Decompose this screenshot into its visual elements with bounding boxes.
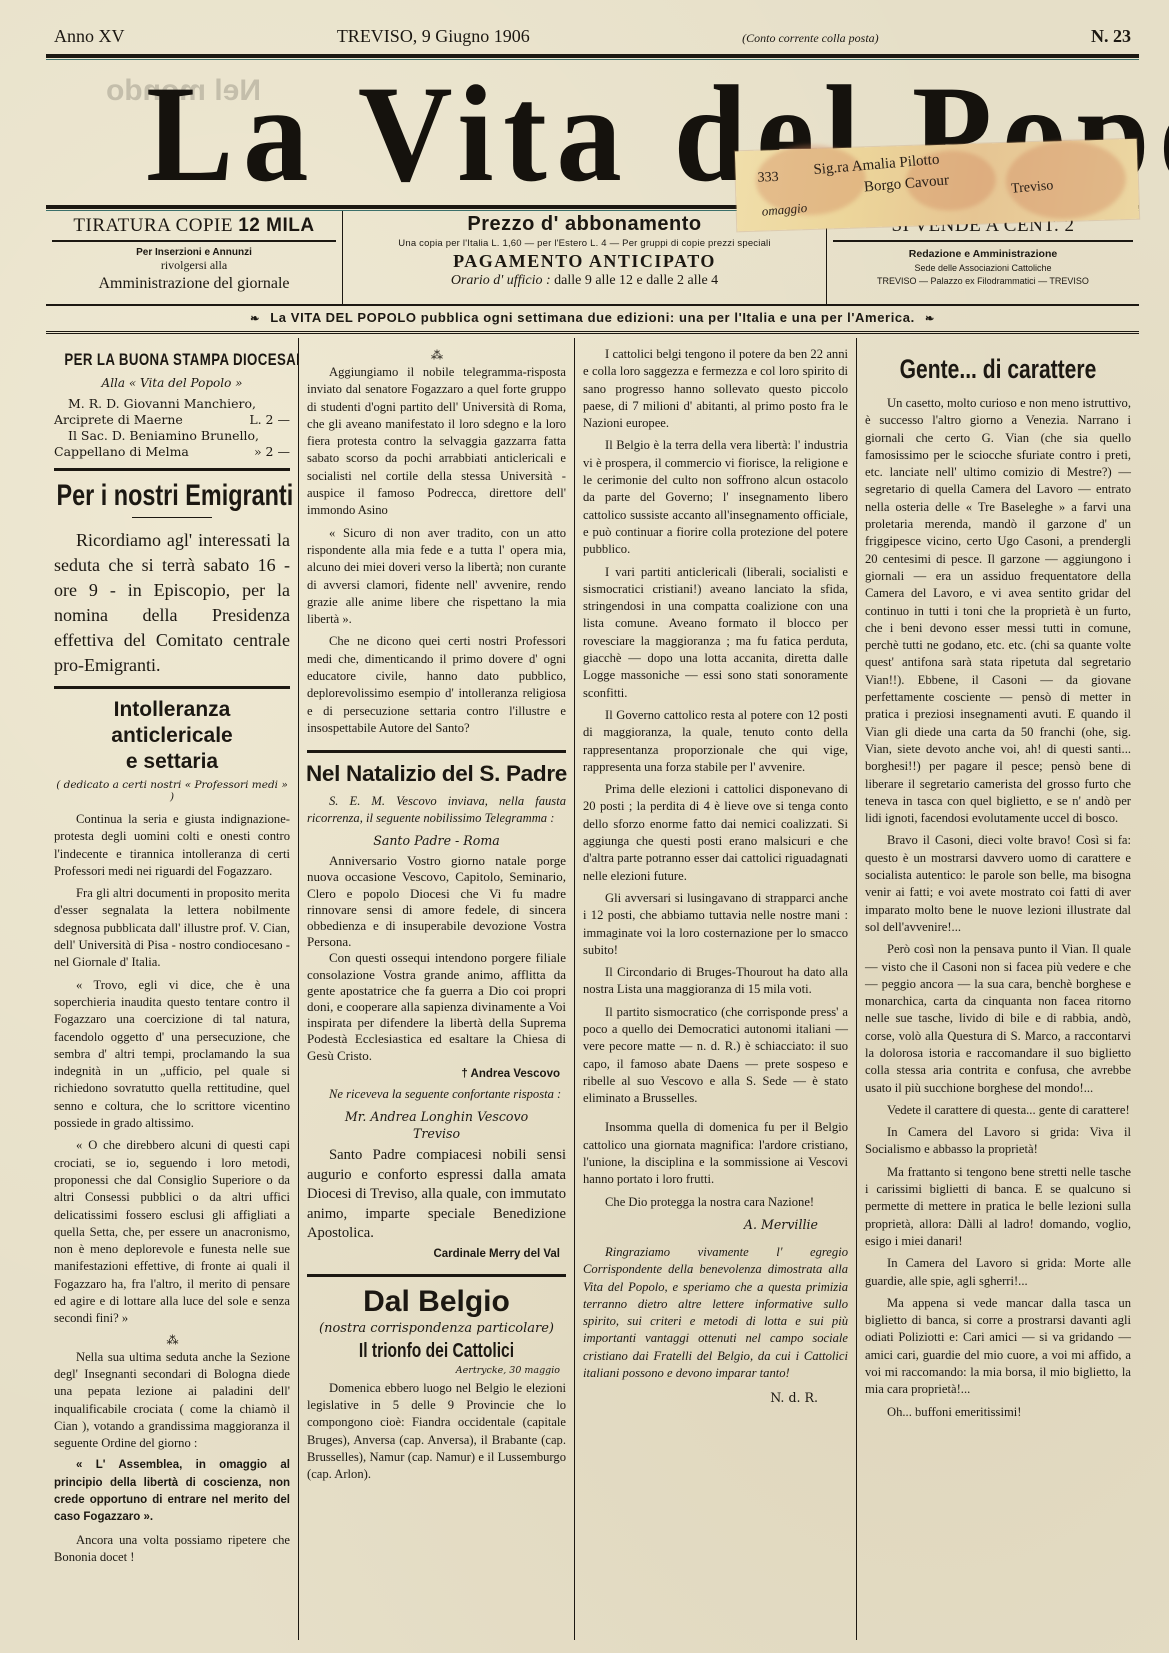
paragraph: Il Belgio è la terra della vera libertà:… [583,437,848,558]
paragraph: « Trovo, egli vi dice, che è una soperch… [54,977,290,1133]
paragraph: In Camera del Lavoro si grida: Morte all… [865,1255,1131,1290]
paragraph: Bravo il Casoni, dieci volte bravo! Così… [865,832,1131,936]
asterism-icon: ⁂ [307,348,566,362]
paragraph: Che Dio protegga la nostra cara Nazione! [583,1194,848,1211]
paragraph: Gli avversari si lusingavano di strappar… [583,890,848,959]
masthead: Nel mondo La Vita del Popolo 333 Sig.ra … [46,60,1139,205]
paragraph: Ma appena si vede mancar dalla tasca un … [865,1295,1131,1399]
telegram-text: Anniversario Vostro giorno natale porge … [307,853,566,950]
signature: A. Mervillie [583,1217,818,1232]
ads-line2: rivolgersi alla [52,258,336,273]
article-title: Intolleranza anticlericale e settaria [54,697,290,775]
label-number: 333 [757,170,778,187]
paragraph: Aggiungiamo il nobile telegramma-rispost… [307,364,566,520]
paragraph: Vedete il carattere di questa... gente d… [865,1102,1131,1119]
signature: † Andrea Vescovo [307,1068,560,1080]
intolleranza-section: Intolleranza anticlericale e settaria ( … [54,697,290,1579]
donor-name: M. R. D. Giovanni Manchiero, [54,396,290,412]
belgio-section: Dal Belgio (nostra corrispondenza partic… [307,1285,566,1497]
intro: S. E. M. Vescovo inviava, nella fausta r… [307,793,566,826]
editorial-office: Redazione e Amministrazione [833,248,1133,260]
prepayment-notice: PAGAMENTO ANTICIPATO [349,251,820,272]
paragraph: Domenica ebbero luogo nel Belgio le elez… [307,1380,566,1484]
paragraph: Oh... buffoni emeritissimi! [865,1404,1131,1421]
divider [132,517,212,518]
article-subtitle: (nostra corrispondenza particolare) [307,1321,566,1336]
column-4: Gente... di carattere Un casetto, molto … [856,338,1139,1640]
section-title: PER LA BUONA STAMPA DIOCESANA [64,350,279,370]
paragraph: I vari partiti anticlericali (liberali, … [583,564,848,702]
info-band: TIRATURA COPIE 12 MILA Per Inserzioni e … [46,211,1139,306]
paragraph: Insomma quella di domenica fu per il Bel… [583,1119,848,1188]
paragraph: Ancora una volta possiamo ripetere che B… [54,1532,290,1567]
paragraph: « Sicuro di non aver tradito, con un att… [307,525,566,629]
article-columns: PER LA BUONA STAMPA DIOCESANA Alla « Vit… [46,338,1139,1640]
postal-account-note: (Conto corrente colla posta) [742,31,879,46]
reply-intro: Ne riceveva la seguente confortante risp… [307,1086,566,1103]
circulation: TIRATURA COPIE 12 MILA [52,211,336,242]
paragraph: « O che direbbero alcuni di questi capi … [54,1137,290,1327]
label-note: omaggio [761,200,808,220]
paragraph: Il partito sismocratico (che corrisponde… [583,1004,848,1108]
emigranti-section: Per i nostri Emigranti Ricordiamo agl' i… [54,479,290,689]
reply-text: Santo Padre compiacesi nobili sensi augu… [307,1146,566,1244]
column-2: ⁂ Aggiungiamo il nobile telegramma-rispo… [298,338,574,1640]
ads-line1: Per Inserzioni e Annunzi [52,247,336,258]
natalizio-section: Nel Natalizio del S. Padre S. E. M. Vesc… [307,761,566,1277]
top-info-line: Anno XV TREVISO, 9 Giugno 1906 (Conto co… [46,18,1139,54]
newspaper-page: Anno XV TREVISO, 9 Giugno 1906 (Conto co… [46,18,1139,1638]
article-title: Nel Natalizio del S. Padre [303,761,570,787]
section-title: Per i nostri Emigranti [57,479,288,513]
paragraph: Nella sua ultima seduta anche la Sezione… [54,1349,290,1453]
article-title: Gente... di carattere [879,354,1118,385]
column-3: I cattolici belgi tengono il potere da b… [574,338,856,1640]
editor-signature: N. d. R. [583,1390,818,1405]
resolution-quote: « L' Assemblea, in omaggio al principio … [54,1457,290,1526]
editions-text: La VITA DEL POPOLO pubblica ogni settima… [270,310,915,325]
office-address: TREVISO — Palazzo ex Filodrammatici — TR… [833,276,1133,286]
donor-row: Arciprete di MaerneL. 2 — [54,412,290,428]
paragraph: Ma frattanto si tengono bene stretti nel… [865,1164,1131,1250]
asterism-icon: ⁂ [54,1333,290,1347]
addressee: Santo Padre - Roma [307,832,566,849]
headline: Il trionfo dei Cattolici [328,1340,546,1363]
donor-row: Cappellano di Melma» 2 — [54,444,290,460]
paragraph: Fra gli altri documenti in proposito mer… [54,885,290,971]
issue-number: N. 23 [1091,26,1131,47]
article-title: Dal Belgio [307,1285,566,1319]
ornament-icon: ❧ [925,313,935,325]
dateline: Aertrycke, 30 maggio [307,1365,560,1376]
paragraph: Un casetto, molto curioso e non meno ist… [865,395,1131,827]
anno: Anno XV [54,26,125,47]
telegramma-section: ⁂ Aggiungiamo il nobile telegramma-rispo… [307,348,566,753]
section-subtitle: Alla « Vita del Popolo » [54,376,290,390]
office-seat: Sede delle Associazioni Cattoliche [833,263,1133,273]
reply-addressee: Mr. Andrea Longhin Vescovo [307,1108,566,1125]
office-hours: Orario d' ufficio : dalle 9 alle 12 e da… [349,273,820,289]
reply-city: Treviso [307,1125,566,1142]
paragraph: Il Governo cattolico resta al potere con… [583,707,848,776]
paragraph: Che ne dicono quei certi nostri Professo… [307,633,566,737]
paragraph: In Camera del Lavoro si grida: Viva il S… [865,1124,1131,1159]
editions-banner: ❧ La VITA DEL POPOLO pubblica ogni setti… [46,306,1139,334]
donor-name: Il Sac. D. Beniamino Brunello, [54,428,290,444]
paragraph: Ricordiamo agl' interessati la seduta ch… [54,528,290,678]
signature: Cardinale Merry del Val [307,1248,560,1260]
paragraph: Però così non la pensava punto il Vian. … [865,941,1131,1097]
subscription-detail: Una copia per l'Italia L. 1,60 — per l'E… [349,238,820,249]
info-left: TIRATURA COPIE 12 MILA Per Inserzioni e … [46,211,342,304]
ads-line3: Amministrazione del giornale [52,275,336,293]
buona-stampa-section: PER LA BUONA STAMPA DIOCESANA Alla « Vit… [54,350,290,471]
column-1: PER LA BUONA STAMPA DIOCESANA Alla « Vit… [46,338,298,1640]
address-label: 333 Sig.ra Amalia Pilotto Borgo Cavour T… [735,139,1139,232]
paragraph: I cattolici belgi tengono il potere da b… [583,346,848,432]
paragraph: Il Circondario di Bruges-Thourout ha dat… [583,964,848,999]
dateline: TREVISO, 9 Giugno 1906 [337,26,530,47]
telegram-text: Con questi ossequi intendono porgere fil… [307,950,566,1063]
ornament-icon: ❧ [250,313,260,325]
paragraph: Continua la seria e giusta indignazione-… [54,811,290,880]
editor-note: Ringraziamo vivamente l' egregio Corrisp… [583,1244,848,1382]
article-subtitle: ( dedicato a certi nostri « Professori m… [54,779,290,803]
paragraph: Prima delle elezioni i cattolici dispone… [583,781,848,885]
